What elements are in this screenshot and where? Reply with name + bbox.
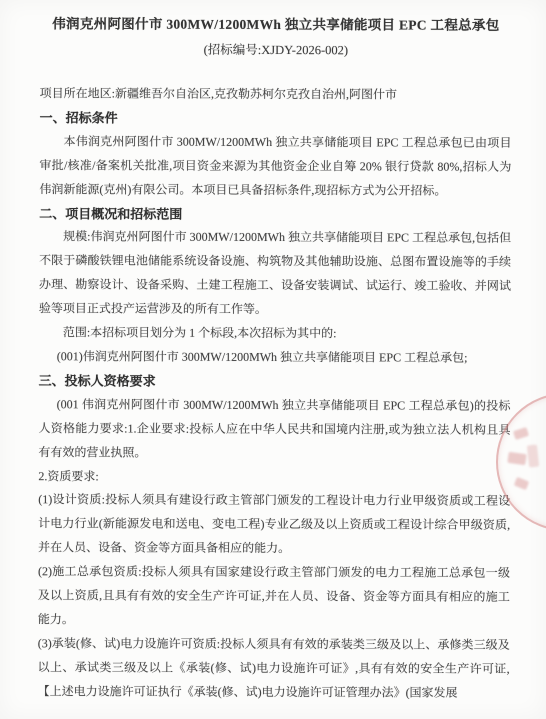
scanned-tender-document-page: 伟润克州阿图什市 300MW/1200MWh 独立共享储能项目 EPC 工程总承… xyxy=(0,0,546,719)
section-2-paragraph-lot-001: (001)伟润克州阿图什市 300MW/1200MWh 独立共享储能项目 EPC… xyxy=(39,345,511,371)
tender-number-line: (招标编号:XJDY-2026-002) xyxy=(40,37,512,64)
seal-mark-icon xyxy=(514,477,529,490)
section-2-heading: 二、项目概况和招标范围 xyxy=(39,202,511,228)
seal-mark-icon xyxy=(513,427,529,440)
section-3-paragraph-electric-license: (3)承装(修、试)电力设施许可资质:投标人须具有有效的承装类三级及以上、承修类… xyxy=(38,632,510,705)
section-2-paragraph-scope: 规模:伟润克州阿图什市 300MW/1200MWh 独立共享储能项目 EPC 工… xyxy=(39,226,511,323)
section-3-paragraph-enterprise-req: (001 伟润克州阿图什市 300MW/1200MWh 独立共享储能项目 EPC… xyxy=(38,393,510,466)
section-3-paragraph-construction-qualification: (2)施工总承包资质:投标人须具有国家建设行政主管部门颁发的电力工程施工总承包一… xyxy=(38,560,510,633)
project-location-line: 项目所在地区:新疆维吾尔自治区,克孜勒苏柯尔克孜自治州,阿图什市 xyxy=(40,82,512,108)
blank-line xyxy=(40,62,512,84)
section-1-paragraph-1: 本伟润克州阿图什市 300MW/1200MWh 独立共享储能项目 EPC 工程总… xyxy=(39,130,511,203)
section-2-paragraph-range: 范围:本招标项目划分为 1 个标段,本次招标为其中的: xyxy=(39,321,511,347)
seal-mark-icon xyxy=(507,452,526,465)
document-content: 伟润克州阿图什市 300MW/1200MWh 独立共享储能项目 EPC 工程总承… xyxy=(0,0,546,719)
seal-mark-icon xyxy=(527,445,539,468)
document-title: 伟润克州阿图什市 300MW/1200MWh 独立共享储能项目 EPC 工程总承… xyxy=(40,11,512,39)
section-3-heading: 三、投标人资格要求 xyxy=(39,369,511,395)
section-3-paragraph-design-qualification: (1)设计资质:投标人须具有建设行政主管部门颁发的工程设计电力行业甲级资质或工程… xyxy=(38,489,510,562)
section-3-paragraph-qualification-req: 2.资质要求: xyxy=(38,465,510,491)
section-1-heading: 一、招标条件 xyxy=(40,106,512,132)
